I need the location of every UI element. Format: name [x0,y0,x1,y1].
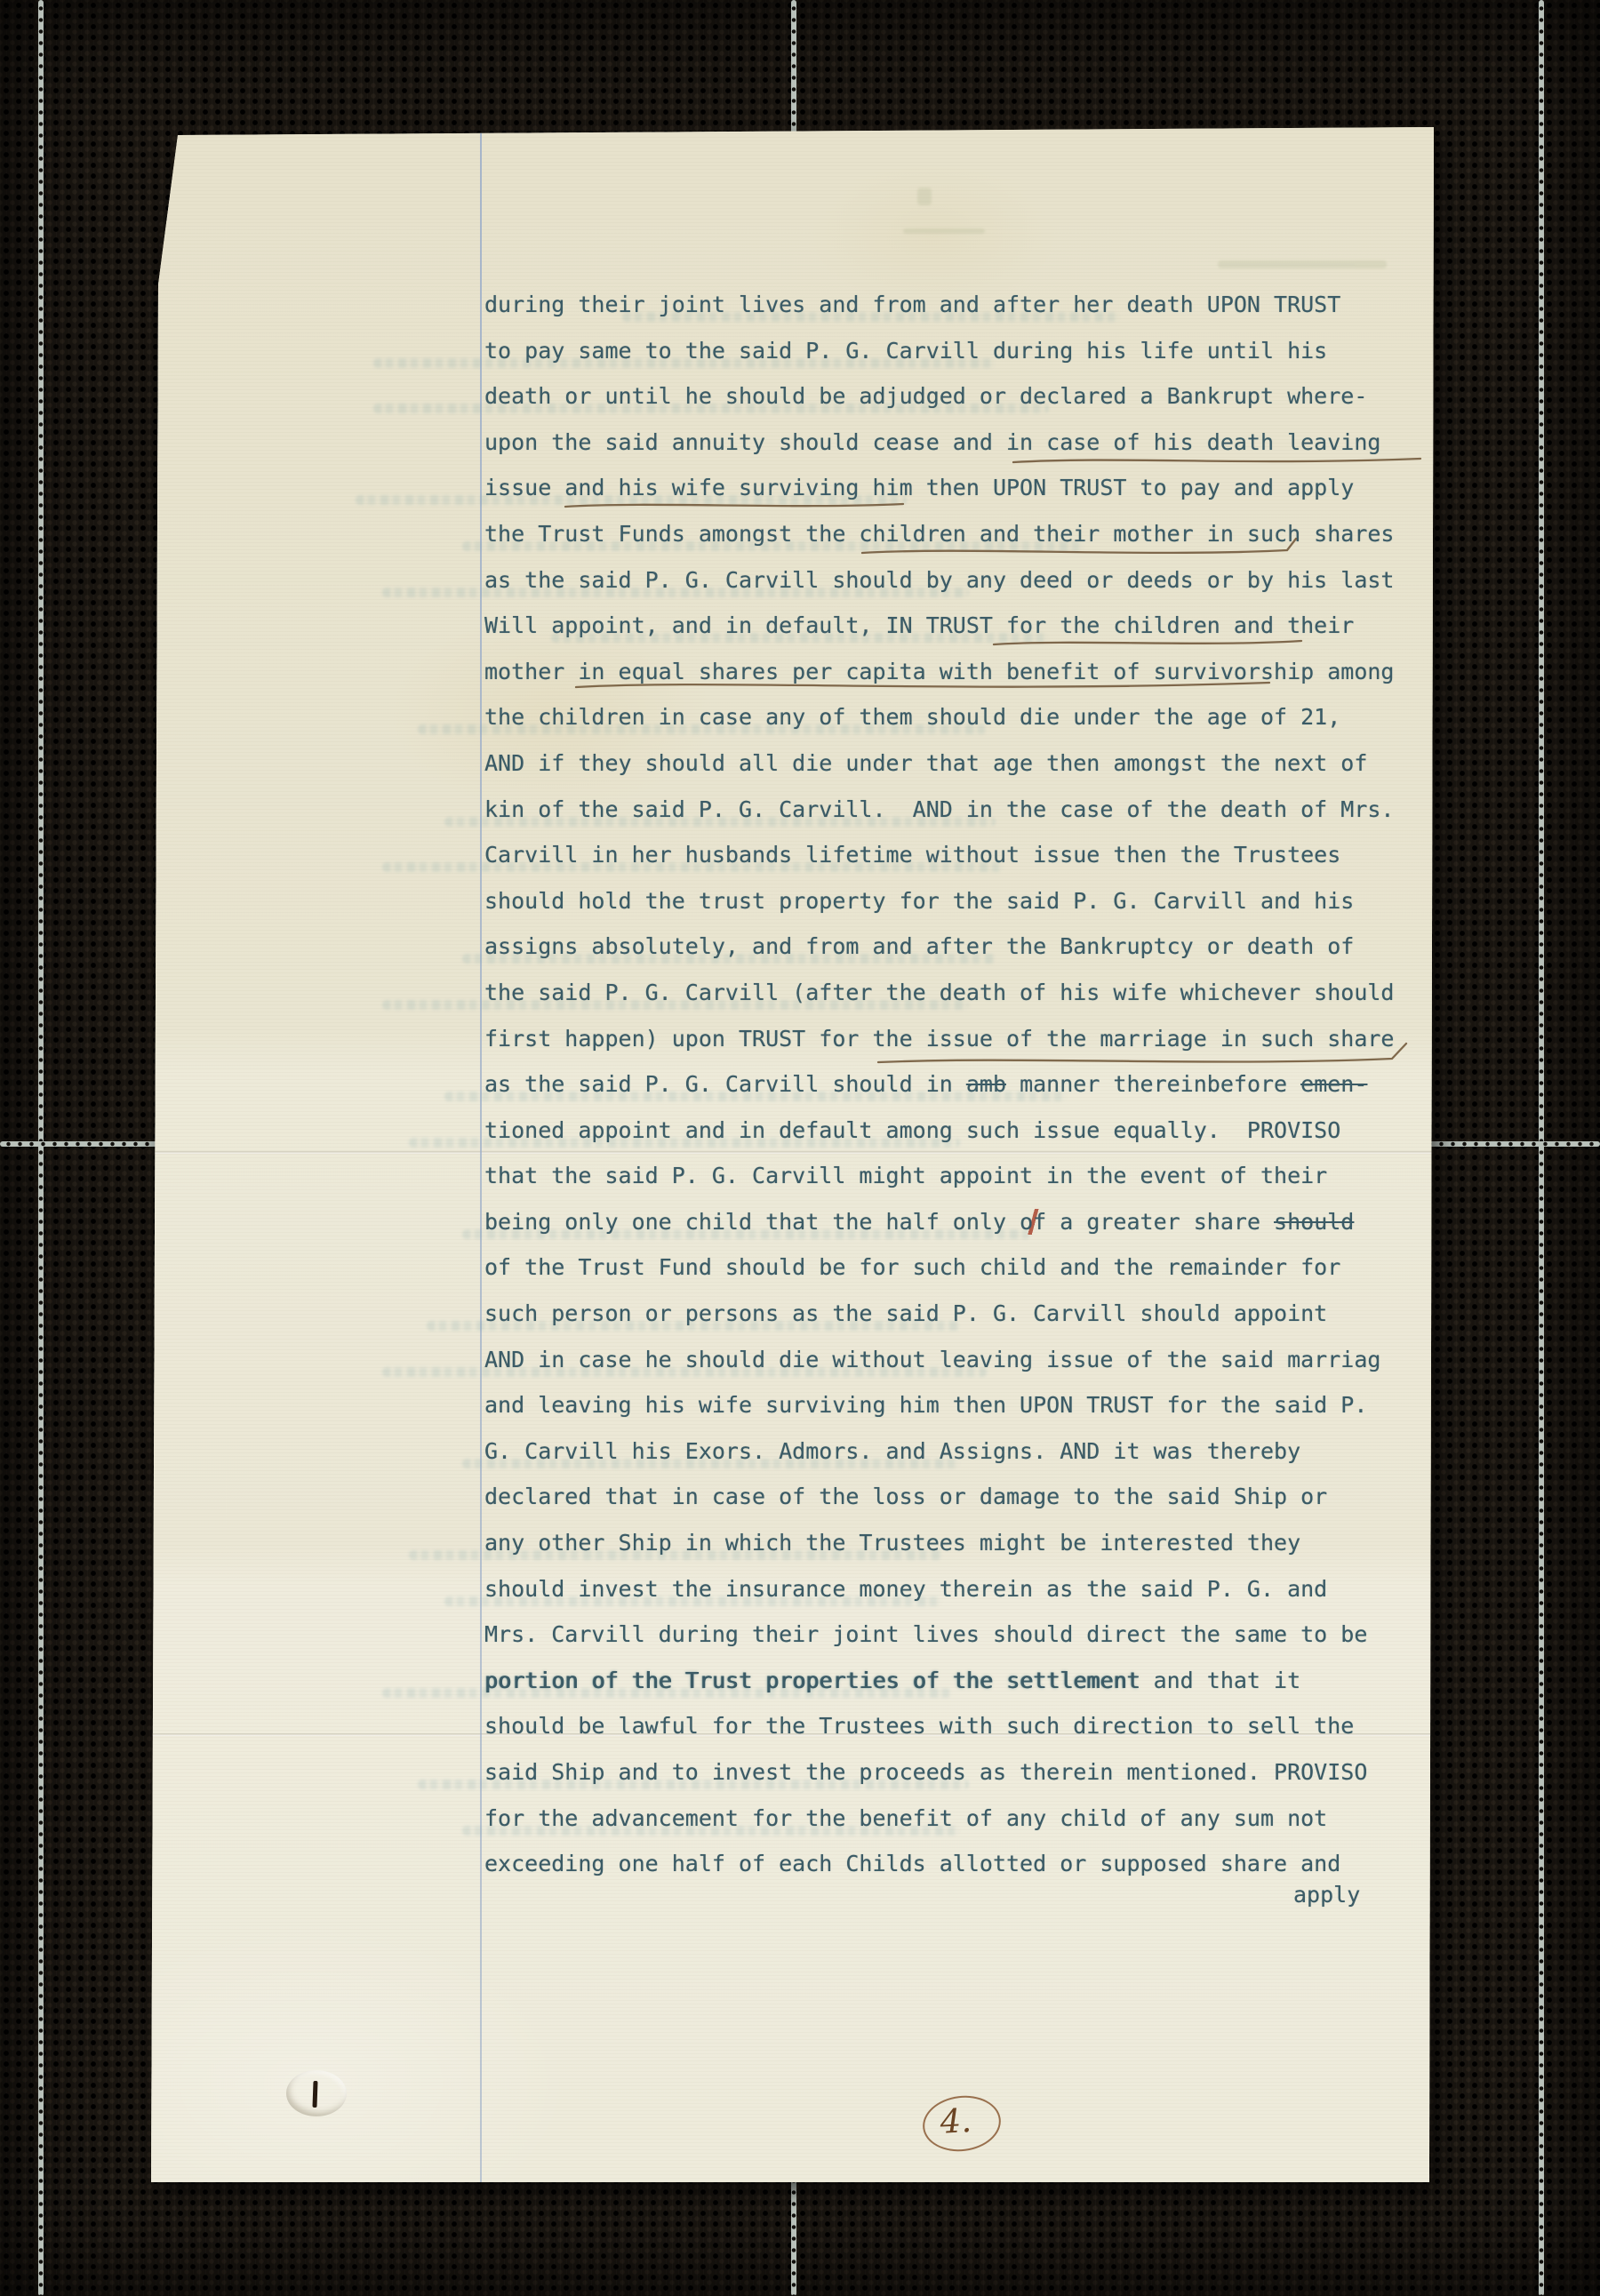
text-line: should invest the insurance money therei… [484,1566,1427,1612]
text-line: Will appoint, and in default, IN TRUST f… [484,603,1427,649]
text-segment: as the said P. G. Carvill should in [484,1071,966,1097]
text-segment: assigns absolutely, and from and after t… [484,933,1354,959]
text-line: to pay same to the said P. G. Carvill du… [484,328,1427,374]
text-segment: Carvill in her husbands lifetime without… [484,842,1340,868]
text-segment: as the said P. G. Carvill should by any … [484,567,1395,593]
text-line: AND if they should all die under that ag… [484,740,1427,787]
album-background: { "meta": { "description": "Scanned type… [0,0,1600,2296]
text-segment: any other Ship in which the Trustees mig… [484,1530,1300,1556]
text-segment: Mrs. Carvill during their joint lives sh… [484,1621,1367,1647]
staple-mark [312,2081,317,2108]
text-segment: that the said P. G. Carvill might appoin… [484,1163,1327,1188]
text-line: the said P. G. Carvill (after the death … [484,970,1427,1016]
text-segment: of the Trust Fund should be for such chi… [484,1254,1340,1280]
text-segment: should be lawful for the Trustees with s… [484,1713,1354,1739]
faint-smudge [903,228,985,234]
struck-word: amb [966,1071,1006,1097]
text-segment: during their joint lives and from and af… [484,292,1340,317]
text-segment: G. Carvill his Exors. Admors. and Assign… [484,1438,1300,1464]
paper-sheet: during their joint lives and from and af… [151,127,1434,2182]
text-segment: death or until he should be adjudged or … [484,383,1367,409]
document-page: during their joint lives and from and af… [151,127,1434,2182]
text-segment: declared that in case of the loss or dam… [484,1484,1327,1509]
text-segment: issue and his wife surviving him then UP… [484,475,1354,500]
text-segment: being only one child that the half only [484,1209,1020,1235]
page-number: 4. [940,2101,973,2141]
text-line: mother in equal shares per capita with b… [484,649,1427,695]
text-line: exceeding one half of each Childs allott… [484,1841,1427,1887]
text-segment: and leaving his wife surviving him then … [484,1392,1367,1418]
text-segment: and that it [1140,1668,1301,1693]
text-segment: first happen) upon TRUST for the issue o… [484,1026,1395,1052]
text-segment: Will appoint, and in default, IN TRUST f… [484,612,1354,638]
text-line: the children in case any of them should … [484,694,1427,740]
text-line: death or until he should be adjudged or … [484,373,1427,420]
text-line: during their joint lives and from and af… [484,282,1427,328]
text-line: Mrs. Carvill during their joint lives sh… [484,1612,1427,1658]
text-line: any other Ship in which the Trustees mig… [484,1520,1427,1566]
text-line: should be lawful for the Trustees with s… [484,1703,1427,1749]
faint-smudge [917,188,932,205]
stitch-line-vertical-left [38,0,44,2296]
text-line: should hold the trust property for the s… [484,878,1427,924]
text-line: kin of the said P. G. Carvill. AND in th… [484,787,1427,833]
text-line: being only one child that the half only … [484,1199,1427,1245]
text-segment: for the advancement for the benefit of a… [484,1805,1327,1831]
text-segment: AND if they should all die under that ag… [484,750,1367,776]
text-line: tioned appoint and in default among such… [484,1108,1427,1154]
text-line: such person or persons as the said P. G.… [484,1291,1427,1337]
text-segment: a greater share [1046,1209,1274,1235]
stitch-line-vertical-right [1539,0,1544,2296]
typewritten-text: during their joint lives and from and af… [484,282,1427,1887]
text-line: upon the said annuity should cease and i… [484,420,1427,466]
text-segment: upon the said annuity should cease and i… [484,429,1380,455]
text-line: AND in case he should die without leavin… [484,1337,1427,1383]
text-line: as the said P. G. Carvill should by any … [484,557,1427,604]
text-line: declared that in case of the loss or dam… [484,1474,1427,1520]
text-segment: portion of the Trust properties of the s… [484,1668,1140,1693]
text-segment: of [1020,1209,1046,1235]
page-number-annotation: 4. [920,2092,1004,2156]
text-line: first happen) upon TRUST for the issue o… [484,1016,1427,1062]
text-segment: should invest the insurance money therei… [484,1576,1327,1602]
text-segment: said Ship and to invest the proceeds as … [484,1759,1367,1785]
margin-rule-line [480,127,482,2182]
text-segment: the children in case any of them should … [484,704,1340,730]
text-line: Carvill in her husbands lifetime without… [484,832,1427,878]
text-segment: to pay same to the said P. G. Carvill du… [484,338,1327,364]
text-line: G. Carvill his Exors. Admors. and Assign… [484,1428,1427,1475]
text-line: and leaving his wife surviving him then … [484,1382,1427,1428]
faint-smudge [1218,260,1387,268]
text-line: assigns absolutely, and from and after t… [484,924,1427,970]
text-line: the Trust Funds amongst the children and… [484,511,1427,557]
struck-word: emen- [1300,1071,1367,1097]
carry-word-apply: apply [1293,1882,1360,1908]
text-segment: manner thereinbefore [1006,1071,1300,1097]
text-segment: kin of the said P. G. Carvill. AND in th… [484,796,1395,822]
text-line: that the said P. G. Carvill might appoin… [484,1153,1427,1199]
text-line: portion of the Trust properties of the s… [484,1658,1427,1704]
text-line: issue and his wife surviving him then UP… [484,465,1427,511]
struck-word: should [1274,1209,1354,1235]
text-segment: such person or persons as the said P. G.… [484,1300,1327,1326]
text-segment: the said P. G. Carvill (after the death … [484,980,1395,1005]
text-segment: the Trust Funds amongst the children and… [484,521,1395,547]
text-segment: exceeding one half of each Childs allott… [484,1851,1340,1876]
text-segment: AND in case he should die without leavin… [484,1347,1380,1372]
text-segment: mother in equal shares per capita with b… [484,659,1395,684]
text-segment: should hold the trust property for the s… [484,888,1354,914]
text-line: said Ship and to invest the proceeds as … [484,1749,1427,1796]
text-line: of the Trust Fund should be for such chi… [484,1244,1427,1291]
text-segment: tioned appoint and in default among such… [484,1117,1340,1143]
text-line: for the advancement for the benefit of a… [484,1796,1427,1842]
text-line: as the said P. G. Carvill should in amb … [484,1061,1427,1108]
